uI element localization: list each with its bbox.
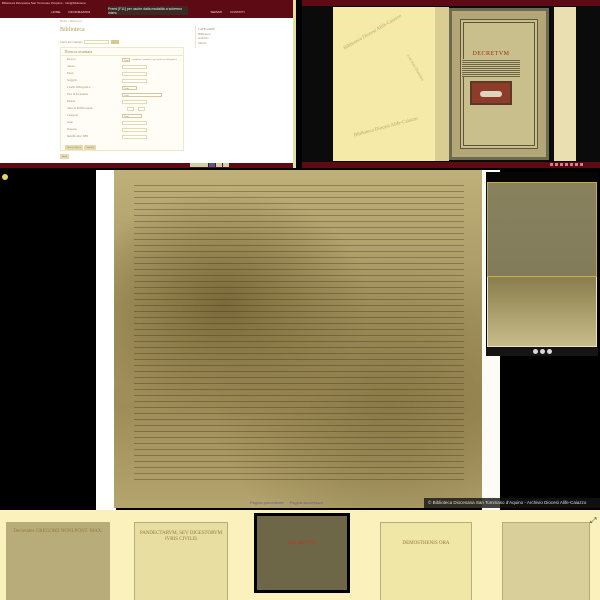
- categoria-select[interactable]: Tutte: [122, 114, 142, 118]
- navigator-controls: [486, 347, 598, 356]
- right-page-title: DECRETVM: [449, 8, 549, 160]
- sidebar-heading: CATEGORIE: [198, 27, 215, 32]
- footer-badges: [190, 163, 229, 167]
- badge: [209, 163, 215, 167]
- thumbnail-item[interactable]: Decretales GREGORII NONI PONT. MAX.: [6, 522, 110, 600]
- badge: [216, 163, 222, 167]
- advanced-search-heading[interactable]: Ricerca avanzata: [61, 48, 183, 56]
- printer-emblem: [470, 81, 512, 105]
- serie-input[interactable]: [122, 121, 147, 125]
- zoom-in-icon[interactable]: [540, 349, 545, 354]
- next-page-link[interactable]: Pagina successiva: [290, 500, 323, 505]
- expand-icon[interactable]: ⤢: [590, 516, 596, 526]
- field-soggetto: Soggetto: [67, 79, 179, 84]
- nav-contatti[interactable]: CONTATTI: [230, 10, 245, 14]
- anno-from-input[interactable]: [127, 107, 134, 111]
- fullscreen-tooltip: Premi [F11] per uscire dalla modalità a …: [108, 6, 188, 15]
- viewer-left-area: [0, 170, 96, 510]
- left-page: Biblioteca Diocesi Alife-Caiazzo Bibliot…: [333, 7, 435, 161]
- handwriting: [134, 180, 464, 480]
- emblem-animal: [480, 91, 502, 97]
- tipo-select[interactable]: Tutti: [122, 93, 162, 97]
- autore-input[interactable]: [122, 65, 147, 69]
- scrollbar[interactable]: [293, 0, 296, 168]
- single-page-icon[interactable]: [550, 163, 553, 166]
- livello-select[interactable]: Tutti: [122, 86, 137, 90]
- viewer-logo-icon: [2, 174, 8, 180]
- field-anno: Anno di Pubblicazione: [67, 107, 179, 112]
- page-margin: [96, 170, 116, 510]
- next-page-preview[interactable]: [554, 7, 576, 161]
- breadcrumb[interactable]: Home / Biblioteca: [60, 19, 82, 23]
- title-text: DECRETVM: [462, 51, 520, 57]
- sidebar: CATEGORIE Biblioteca Archivio Mostre: [198, 27, 215, 45]
- ricerca-libera-button[interactable]: Ricerca libera: [65, 145, 83, 150]
- field-possesso: Possesso: [67, 128, 179, 133]
- watermark-top: Biblioteca Diocesi Alife-Caiazzo: [343, 14, 403, 51]
- anno-to-input[interactable]: [138, 107, 145, 111]
- grid-icon[interactable]: [560, 163, 563, 166]
- page-title: Biblioteca: [60, 27, 85, 33]
- page-links: Pagina precedente Pagina successiva: [250, 500, 323, 505]
- search-label: Cerca nel catalogo: [60, 40, 82, 44]
- sidebar-divider: [195, 26, 196, 48]
- soggetto-input[interactable]: [122, 79, 147, 83]
- catalog-search: Cerca nel catalogo: [60, 40, 119, 44]
- annulla-button[interactable]: Annulla: [84, 145, 96, 150]
- footer-bar: [0, 163, 296, 168]
- manuscript-viewer-panel: Pagina precedente Pagina successiva © Bi…: [0, 170, 600, 510]
- navigator-viewport[interactable]: [487, 182, 597, 277]
- badge: [190, 163, 208, 167]
- thumbnail-gallery: Decretales GREGORII NONI PONT. MAX. PAND…: [0, 510, 600, 600]
- identificativo-input[interactable]: [122, 135, 147, 139]
- titolo-input[interactable]: [122, 72, 147, 76]
- search-input[interactable]: [84, 40, 109, 44]
- field-editore: Editore: [67, 100, 179, 105]
- nav-servizi[interactable]: SERVIZI: [210, 10, 222, 14]
- library-website-panel: Biblioteca Diocesana San Tommaso d'Aquin…: [0, 0, 296, 168]
- search-button[interactable]: [111, 40, 119, 44]
- zoom-out-icon[interactable]: [565, 163, 568, 166]
- manuscript-image[interactable]: [114, 170, 482, 508]
- prev-page-link[interactable]: Pagina precedente: [250, 500, 284, 505]
- field-titolo: Titolo: [67, 72, 179, 77]
- sidebar-item-mostre[interactable]: Mostre: [198, 41, 215, 46]
- ricerca-select[interactable]: Tutti: [122, 58, 130, 62]
- possesso-input[interactable]: [122, 128, 147, 132]
- next-icon[interactable]: [580, 163, 583, 166]
- field-tipo-documento: Tipo di documentoTutti: [67, 93, 179, 98]
- double-page-icon[interactable]: [555, 163, 558, 166]
- thumbnail-item[interactable]: PANDECTARVM, SEV DIGESTORVM IVRIS CIVILI…: [134, 522, 228, 600]
- book-gutter: [435, 7, 449, 161]
- prev-icon[interactable]: [575, 163, 578, 166]
- field-categoria: CategoriaTutte: [67, 114, 179, 119]
- nav-home[interactable]: HOME: [51, 10, 60, 14]
- zoom-out-icon[interactable]: [547, 349, 552, 354]
- title-subtext: [462, 59, 520, 77]
- nav-informazioni[interactable]: INFORMAZIONI: [68, 10, 90, 14]
- advanced-buttons: Ricerca libera Annulla: [65, 145, 96, 150]
- advanced-search-box: Ricerca avanzata RicercaTutti(contiene i…: [60, 47, 184, 151]
- field-ricerca: RicercaTutti(contiene i caratteri / per …: [67, 58, 179, 63]
- field-autore: Autore: [67, 65, 179, 70]
- field-identificativo: Identificativo SBN: [67, 135, 179, 140]
- top-info: Biblioteca Diocesana San Tommaso d'Aquin…: [2, 1, 86, 5]
- book-viewer-panel: Biblioteca Diocesi Alife-Caiazzo Bibliot…: [302, 0, 600, 168]
- zoom-in-icon[interactable]: [570, 163, 573, 166]
- thumbnail-item[interactable]: DEMOSTHENIS ORA: [380, 522, 472, 600]
- field-livello: Livello bibliograficoTutti: [67, 86, 179, 91]
- viewer-controls: [550, 163, 583, 166]
- field-serie: Serie: [67, 121, 179, 126]
- watermark-bottom: Biblioteca Diocesi Alife-Caiazzo: [353, 117, 418, 139]
- submit-button[interactable]: Invia: [60, 154, 69, 159]
- badge: [223, 163, 229, 167]
- copyright-notice: © Biblioteca Diocesana San Tommaso d'Aqu…: [424, 498, 600, 508]
- watermark-side: Lux mea Dominus: [406, 53, 425, 81]
- thumbnail-item[interactable]: [502, 522, 590, 600]
- home-icon[interactable]: [533, 349, 538, 354]
- viewer-top-bar: [302, 0, 600, 6]
- thumbnail-item-selected[interactable]: DECRETVM: [254, 513, 350, 593]
- editore-input[interactable]: [122, 100, 147, 104]
